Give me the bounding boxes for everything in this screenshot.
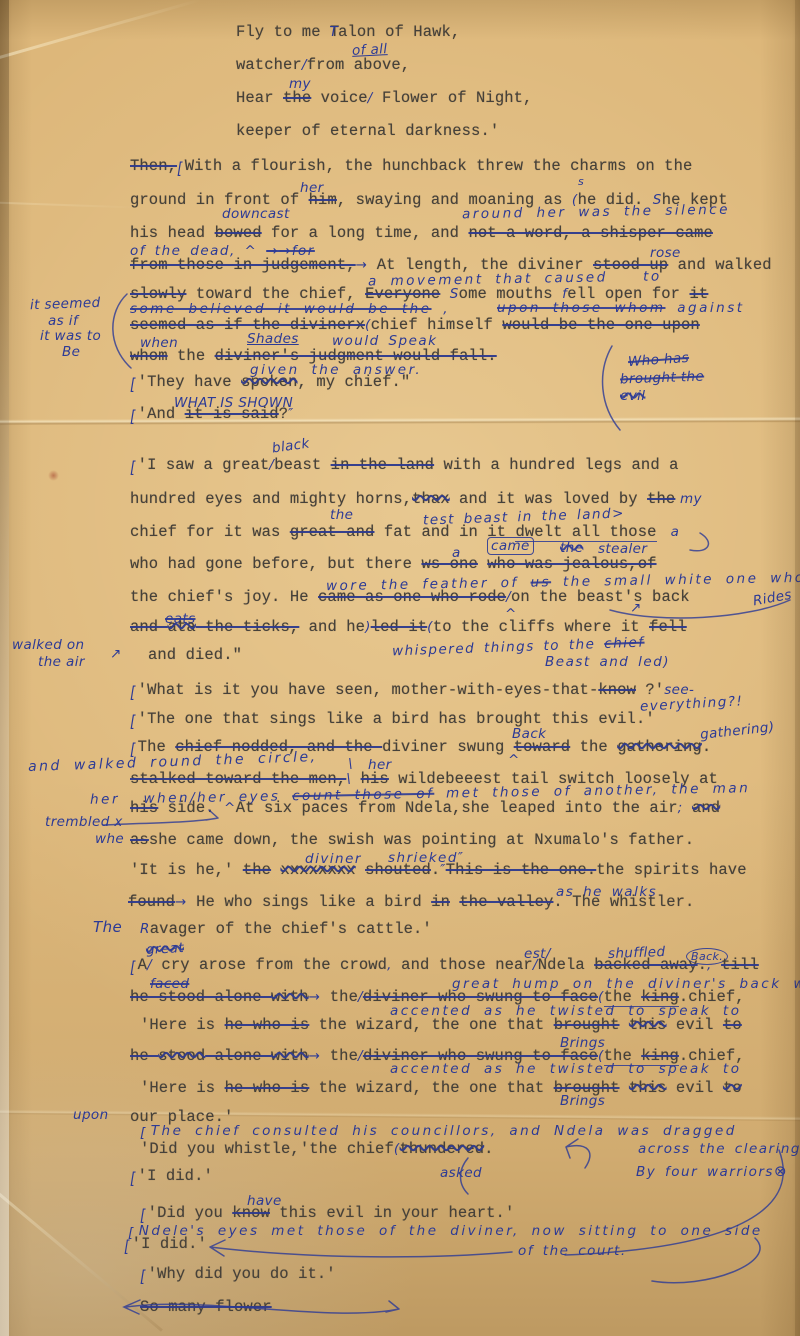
typed-text-struckthrough: from those in judgement, [130,256,356,274]
typed-text: and he [299,618,365,636]
handwritten-note: the air [38,654,85,670]
typescript-line: Ravager of the chief's cattle.' [140,921,432,938]
arrow-mark: → [356,257,368,273]
typed-text-struckthrough: he stood alone [130,988,271,1006]
handwritten-annotation-line: of the court. [518,1243,627,1260]
handwritten-note: of the court. [518,1243,627,1259]
typed-text-struckthrough: in [431,893,450,911]
typed-text: 'Why did you do it.' [148,1265,336,1283]
handwritten-note: walked on [12,637,84,653]
handwritten-note-struckthrough: upon those whom [497,300,665,316]
handwritten-note: gathering) [699,719,775,743]
typescript-line: Then,[With a flourish, the hunchback thr… [130,158,692,175]
typed-text: Hear [236,89,283,107]
typescript-line: 'Here is he who is the wizard, the one t… [140,1017,742,1034]
typed-text-struckthrough: spoken [241,373,297,391]
handwritten-annotation-line: walked on [12,637,84,654]
handwritten-note-struckthrough: brought the [620,369,705,388]
handwritten-note: the [330,507,353,523]
handwritten-note: The [93,918,122,936]
bracket-mark: [ [130,379,136,391]
typed-text-struckthrough: this [629,1016,667,1034]
typed-text-struckthrough: and [692,799,720,817]
handwritten-annotation-line: black [271,435,311,457]
typed-text-struckthrough: found [128,893,175,911]
typescript-line: Hear the voice∕ Flower of Night, [236,90,532,107]
typed-text: on the beast's back [511,588,690,606]
typed-text: 'Did you [148,1204,233,1222]
handwritten-annotation-line: Be [62,344,80,361]
circled-x-mark: ⊗ [774,1162,788,1180]
typescript-line: ['I did.' [124,1236,207,1253]
handwritten-annotation-line: the [330,507,353,524]
typed-text-struckthrough: till [721,956,759,974]
bracket-mark: [ [130,687,136,699]
typed-text-struckthrough: would be the one upon [502,316,699,334]
typed-text: for a long time, and [262,224,469,242]
typed-text: 'I did.' [138,1167,213,1185]
typed-text: the chief's joy. He [130,588,318,606]
typescript-line: found→ He who sings like a bird in the v… [128,894,694,911]
typed-text: 'It is he,' [130,861,243,879]
typed-text: alon of Hawk, [338,23,460,41]
typed-text-struckthrough: him [309,191,337,209]
typescript-line: and died." [148,647,242,664]
typed-text: the [168,347,215,365]
typescript-line: ['I saw a great/beast in the land with a… [130,457,679,474]
typescript-line: 'Here is he who is the wizard, the one t… [140,1080,742,1097]
handwritten-note: s [578,175,584,188]
typed-text: cry arose from the crowd [152,956,387,974]
typed-text-struckthrough: thundered [400,1140,485,1158]
arrow-mark: ↗ [630,600,642,616]
typed-text-struckthrough: in the land [331,456,434,474]
handwritten-note: a [657,524,680,540]
typed-text-struckthrough: the [283,89,311,107]
handwritten-annotation-line: whe [95,831,124,848]
handwritten-annotation-line: The [93,920,122,937]
typed-text-struckthrough: xxxxxxxx [280,861,355,879]
typed-text-struckthrough: know [598,681,636,699]
bracket-mark: [ [140,1128,148,1139]
typed-text: 'Here is [140,1079,225,1097]
typed-text [351,770,360,788]
handwritten-annotation-line: s [578,173,584,190]
typed-text: the [320,988,358,1006]
bracket-mark: [ [140,1271,146,1283]
handwritten-annotation-line: By four warriors⊗ [636,1164,788,1181]
handwritten-note: black [271,435,311,456]
handwritten-annotation-line: Who has [627,350,689,371]
handwritten-note: Shades [247,331,299,347]
handwritten-annotation-line: upon [73,1107,109,1124]
typescript-line: ['Did you know this evil in your heart.' [140,1205,514,1222]
typed-text-struckthrough: bowed [215,224,262,242]
typescript-line: and ata the ticks, and he)led it(to the … [130,619,687,636]
typed-text-struckthrough: backed away [594,956,697,974]
scanned-manuscript-page: Fly to me TTalon of Hawk,of allwatcher/f… [0,0,800,1336]
typed-text-struckthrough: gathering [617,738,702,756]
typed-text-struckthrough: fell [649,618,687,636]
handwritten-annotation-line: accented as he twisted to speak to [390,1061,741,1078]
typed-text: the spirits have [596,861,746,879]
typed-text: the wizard, the one that [309,1016,553,1034]
handwritten-note: Be [62,344,80,360]
typed-text-struckthrough: led it [371,618,427,636]
typed-text-struckthrough: as [130,831,149,849]
typed-text: Flower of Night, [373,89,533,107]
quote-mark: ″ [288,406,293,422]
handwritten-note: across the clearing [638,1141,800,1157]
typed-text: A [138,956,147,974]
typed-text-struckthrough: this [629,1079,667,1097]
typed-text-struckthrough: it is said [185,405,279,423]
handwritten-note: it was to [40,328,101,344]
typescript-line: So many flower [140,1299,272,1316]
typed-text-struckthrough: to [723,1079,742,1097]
typescript-line: his side. ^At six paces from Ndela,she l… [130,800,720,817]
handwritten-note: The chief consulted his councillors, and… [151,1123,737,1139]
typescript-line: Fly to me TTalon of Hawk, [236,24,460,41]
typed-text: 'I saw a great [138,456,270,474]
typed-text-struckthrough: alone [205,1047,271,1065]
handwritten-annotation-line: Rides [752,587,793,610]
typescript-line: ['And it is said?″ [130,406,294,423]
typed-text-struckthrough: with [271,988,309,1006]
typescript-line: asshe came down, the swish was pointing … [130,832,694,849]
handwritten-annotation-line: it was to [40,328,101,345]
typed-text: evil [667,1079,723,1097]
typed-text: beast [274,456,330,474]
typed-text-struckthrough: the [647,490,675,508]
manuscript-text-layer: Fly to me TTalon of Hawk,of allwatcher/f… [0,0,800,1336]
handwritten-annotation-line: ↗ [110,646,122,663]
handwritten-annotation-line: gathering) [699,719,775,744]
typed-text [712,956,721,974]
handwritten-note: around her was the silence [462,202,730,223]
typed-text [356,861,365,879]
typescript-line: ['What is it you have seen, mother-with-… [130,682,694,699]
typed-text: . [698,956,707,974]
typed-text [683,799,692,817]
typed-text-struckthrough: ws one [421,555,477,573]
overwrite-mark: S [450,286,459,302]
typed-text-struckthrough: So many flower [140,1298,272,1316]
typed-text: At six paces from Ndela,she leaped into … [236,799,678,817]
typed-text-struckthrough: he who is [225,1079,310,1097]
typescript-line: chief for it was great and fat and in it… [130,524,679,541]
handwritten-note: accented as he twisted to speak to [390,1061,741,1077]
typed-text: and died." [148,646,242,664]
typed-text: 'Did you whistle,'the chief [140,1140,394,1158]
handwritten-note: as if [48,313,78,329]
typed-text: who had gone before, but there [130,555,421,573]
typed-text: 'The one that sings like a bird has brou… [138,710,655,728]
typed-text: watcher [236,56,302,74]
typed-text: this evil in your heart.' [270,1204,514,1222]
handwritten-annotation-line: Brings [560,1093,605,1110]
typed-text: ? [279,405,288,423]
typescript-line: watcher/from above, [236,57,410,74]
typed-text-struckthrough: know [232,1204,270,1222]
typed-text: diviner swung [382,738,514,756]
typed-text: . [484,1140,493,1158]
typed-text-struckthrough: Then, [130,157,177,175]
typed-text: side. [158,799,224,817]
handwritten-annotation-line: Shades [247,331,299,348]
typed-text: evil [667,1016,723,1034]
typed-text: avager of the chief's cattle.' [150,920,432,938]
typed-text: voice [311,89,367,107]
typed-text: the wizard, the one that [309,1079,553,1097]
typed-text-struckthrough: brought [554,1016,620,1034]
handwritten-annotation-line: came [487,538,534,555]
typed-text: with a hundred legs and a [434,456,678,474]
typed-text-struckthrough: whom [130,347,168,365]
handwritten-note: upon [73,1107,109,1123]
typescript-line: keeper of eternal darkness.' [236,123,499,140]
typed-text-struckthrough: the ticks, [196,618,299,636]
handwritten-note-struckthrough: the [560,540,583,556]
handwritten-note: Ndele's eyes met those of the diviner, n… [139,1223,763,1239]
typescript-line: 'It is he,' the xxxxxxxx shouted.″This i… [130,862,747,879]
handwritten-note-struckthrough: some believed it would be the [130,301,432,317]
handwritten-note: Brings [560,1093,605,1109]
typed-text: 'I did.' [132,1235,207,1253]
typed-text-struckthrough: stood [158,1047,205,1065]
handwritten-note: against [665,300,744,316]
typed-text: chief for it was [130,523,290,541]
handwritten-note: , [432,301,451,317]
typescript-line: ['Why did you do it.' [140,1266,336,1283]
bracket-mark: [ [130,462,136,474]
typed-text-struckthrough: shouted [365,861,431,879]
scanned-manuscript-screenshot: { "document": { "type": "typewritten-man… [0,0,800,1336]
typed-text: dwelt all those [515,523,656,542]
typed-text-struckthrough: toward [514,738,570,756]
bracket-mark: [ [130,1173,136,1185]
typed-text: hundred eyes and mighty horns, [130,490,412,508]
bracket-mark: [ [130,962,136,974]
typescript-line: ['I did.' [130,1168,213,1185]
paren-flourish: ) [663,654,670,670]
typed-text: ?' [636,681,664,699]
handwritten-annotation-line: around her was the silence [462,202,730,223]
handwritten-annotation-line: evil [620,388,645,405]
arrow-mark: → [175,894,187,910]
handwritten-note: trembled x [45,814,123,830]
typed-text: 'What is it you have seen, mother-with-e… [138,681,599,699]
typed-text: He who sings like a bird [187,893,431,911]
handwritten-annotation-line: across the clearing [638,1141,800,1158]
bracket-mark: [ [124,1241,130,1253]
typed-text-struckthrough: his [361,770,389,788]
typed-text: Ndela [538,956,594,974]
typed-text: . The whistler. [553,893,694,911]
typed-text-struckthrough: This is the one. [446,861,596,879]
handwritten-annotation-line: [Ndele's eyes met those of the diviner, … [128,1223,763,1240]
typed-text-struckthrough: the valley [459,893,553,911]
handwritten-annotation-line: upon those whom against [497,300,745,317]
typed-text-struckthrough: came as one who rode [318,588,506,606]
handwritten-annotation-line: downcast [222,206,290,223]
typed-text: to the cliffs where it [433,618,649,636]
typed-text: and those near [392,956,533,974]
bracket-mark: [ [140,1210,146,1222]
overwrite-mark: R [140,921,150,937]
typed-text-struckthrough: not a word, a shisper came [468,224,712,242]
handwritten-annotation-line: asked [440,1165,482,1182]
handwritten-note: Beast and led [545,654,663,670]
typed-text: Fly to me T [236,23,339,41]
arrow-mark: → [309,1048,321,1064]
handwritten-note-struckthrough: Who has [627,350,689,370]
typed-text: 'Here is [140,1016,225,1034]
handwritten-note: my [675,491,702,507]
handwritten-annotation-line: trembled x [45,814,123,831]
typed-text-struckthrough: ata [168,618,196,636]
handwritten-annotation-line: Beast and led) [545,654,670,671]
typed-text-struckthrough: stalked toward the men, [130,770,346,788]
arrow-mark: ↗ [110,646,122,662]
typed-text-struckthrough: his [130,799,158,817]
typed-text: With a flourish, the hunchback threw the… [185,157,693,175]
typescript-line: 'Did you whistle,'the chief(thundered. [140,1141,494,1158]
handwritten-note: asked [440,1165,482,1181]
typed-text-struckthrough: to [723,1016,742,1034]
typed-text-struckthrough: who was jealous,of [487,555,656,573]
typescript-line: ['The one that sings like a bird has bro… [130,711,655,728]
handwritten-note: came [487,537,534,555]
handwritten-annotation-line: brought the [620,369,705,389]
bracket-mark: [ [177,163,183,175]
handwritten-annotation-line: it seemed [30,295,101,314]
typescript-line: the chief's joy. He came as one who rode… [130,589,690,606]
typed-text: 'They have [138,373,241,391]
handwritten-annotation-line: ↗ [630,600,642,617]
typed-text: his head [130,224,215,242]
typed-text [620,1079,629,1097]
typed-text-struckthrough: with [271,1047,309,1065]
handwritten-note: Rides [752,587,793,610]
typed-text: chief himself [371,316,503,334]
typed-text: from above, [307,56,410,74]
typed-text: the [320,1047,358,1065]
typescript-line: seemed as if the divinerx(chief himself … [130,317,700,334]
typed-text [450,893,459,911]
typed-text-struckthrough: great and [290,523,375,541]
typed-text-struckthrough: thax [412,490,450,508]
typed-text-struckthrough: and [130,618,168,636]
typescript-line: who had gone before, but there ws one wh… [130,556,657,573]
typed-text: she came down, the swish was pointing at… [149,831,694,849]
handwritten-note: downcast [222,206,290,222]
handwritten-note: By four warriors [636,1164,774,1180]
arrow-mark: → [309,989,321,1005]
typed-text: and walked [668,256,771,274]
handwritten-note-struckthrough: chief [604,635,645,652]
caret-mark: ^ [224,800,236,816]
handwritten-annotation-line: [The chief consulted his councillors, an… [140,1123,737,1140]
typed-text: , my chief." [298,373,411,391]
typed-text-struckthrough: he who is [225,1016,310,1034]
typescript-line: [A∕ cry arose from the crowd, and those … [130,957,759,974]
typed-text-struckthrough: the [243,861,271,879]
typescript-line: his head bowed for a long time, and not … [130,225,713,242]
typed-text-struckthrough: he [130,1047,158,1065]
typed-text: 'And [138,405,185,423]
typed-text [620,1016,629,1034]
bracket-mark: [ [130,411,136,423]
handwritten-annotation-line: the air [38,654,85,671]
typed-text: . [431,861,440,879]
handwritten-note: it seemed [30,295,101,313]
bracket-mark: [ [130,716,136,728]
overwrite-mark: T [329,24,338,40]
typed-text: the [570,738,617,756]
typescript-line: ['They have spoken, my chief." [130,374,410,391]
handwritten-note-struckthrough: evil [620,388,645,404]
typed-text [478,555,487,573]
typed-text: keeper of eternal darkness.' [236,122,499,140]
handwritten-note: whe [95,831,124,847]
